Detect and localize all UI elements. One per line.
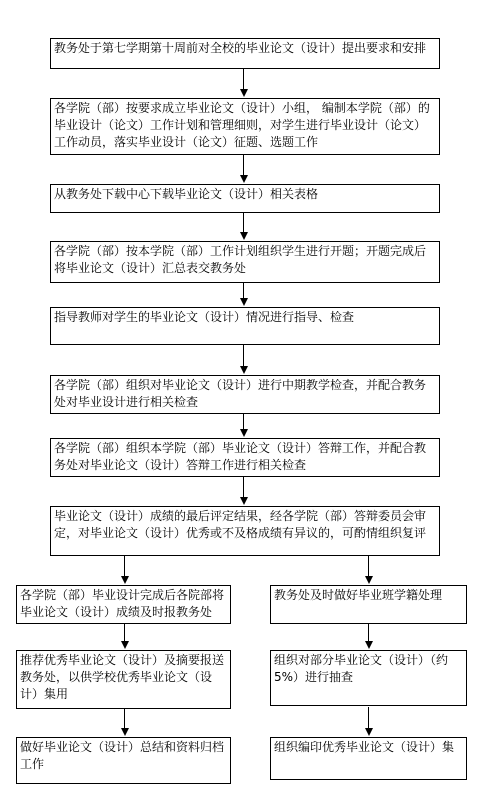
- arrow-shaft: [243, 69, 244, 89]
- arrow-shaft: [243, 345, 244, 366]
- down-arrow-right-1: [364, 624, 373, 649]
- arrow-shaft: [124, 556, 125, 576]
- down-arrow-4: [239, 283, 248, 306]
- branch-left-step-3-archive: 做好毕业论文（设计）总结和资料归档工作: [16, 737, 231, 784]
- flow-step-5-advisor-guidance: 指导教师对学生的毕业论文（设计）情况进行指导、检查: [50, 307, 440, 345]
- arrow-head-icon: [240, 429, 248, 437]
- branch-left-step-2-recommend-excellent: 推荐优秀毕业论文（设计）及摘要报送教务处，以供学校优秀毕业论文（设计）集用: [16, 650, 231, 709]
- down-arrow-2: [239, 155, 248, 183]
- branch-left-step-1-report-grades: 各学院（部）毕业设计完成后各院部将毕业论文（设计）成绩及时报教务处: [16, 585, 231, 624]
- arrow-head-icon: [365, 576, 373, 584]
- arrow-shaft: [243, 155, 244, 175]
- arrow-head-icon: [121, 728, 129, 736]
- flow-step-1-requirements: 教务处于第七学期第十周前对全校的毕业论文（设计）提出要求和安排: [50, 38, 440, 69]
- arrow-head-icon: [240, 232, 248, 240]
- arrow-head-icon: [240, 298, 248, 306]
- flow-step-6-midterm-check: 各学院（部）组织对毕业论文（设计）进行中期教学检查，并配合教务处对毕业设计进行相…: [50, 375, 440, 414]
- arrow-head-icon: [365, 728, 373, 736]
- down-arrow-3: [239, 213, 248, 240]
- down-arrow-split-right: [364, 556, 373, 584]
- down-arrow-1: [239, 69, 248, 97]
- arrow-shaft: [124, 624, 125, 641]
- arrow-shaft: [243, 477, 244, 497]
- flow-step-2-setup-groups: 各学院（部）按要求成立毕业论文（设计）小组， 编制本学院（部）的毕业设计（论文）…: [50, 98, 440, 155]
- arrow-head-icon: [365, 641, 373, 649]
- arrow-shaft: [243, 283, 244, 298]
- arrow-shaft: [368, 624, 369, 641]
- arrow-shaft: [124, 709, 125, 728]
- branch-right-step-3-print-collection: 组织编印优秀毕业论文（设计）集: [270, 737, 467, 780]
- arrow-head-icon: [240, 497, 248, 505]
- flow-step-8-final-grades: 毕业论文（设计）成绩的最后评定结果，经各学院（部）答辩委员会审定，对毕业论文（设…: [50, 506, 440, 556]
- arrow-head-icon: [240, 89, 248, 97]
- arrow-head-icon: [121, 641, 129, 649]
- down-arrow-split-left: [120, 556, 129, 584]
- flowchart-canvas: 教务处于第七学期第十周前对全校的毕业论文（设计）提出要求和安排 各学院（部）按要…: [0, 0, 488, 808]
- down-arrow-left-1: [120, 624, 129, 649]
- arrow-head-icon: [240, 175, 248, 183]
- branch-right-step-1-student-status: 教务处及时做好毕业班学籍处理: [270, 585, 467, 624]
- flow-step-4-topic-opening: 各学院（部）按本学院（部）工作计划组织学生进行开题；开题完成后将毕业论文（设计）…: [50, 241, 440, 283]
- arrow-head-icon: [121, 576, 129, 584]
- down-arrow-6: [239, 414, 248, 437]
- down-arrow-7: [239, 477, 248, 505]
- branch-right-step-2-spot-check: 组织对部分毕业论文（设计）（约5%）进行抽查: [270, 650, 467, 706]
- arrow-shaft: [243, 414, 244, 429]
- arrow-shaft: [368, 707, 369, 728]
- down-arrow-5: [239, 345, 248, 374]
- arrow-head-icon: [240, 366, 248, 374]
- arrow-shaft: [368, 556, 369, 576]
- flow-step-3-download-forms: 从教务处下载中心下载毕业论文（设计）相关表格: [50, 184, 440, 213]
- arrow-shaft: [243, 213, 244, 232]
- down-arrow-right-2: [364, 707, 373, 736]
- flow-step-7-defense: 各学院（部）组织本学院（部）毕业论文（设计）答辩工作，并配合教务处对毕业论文（设…: [50, 438, 440, 477]
- down-arrow-left-2: [120, 709, 129, 736]
